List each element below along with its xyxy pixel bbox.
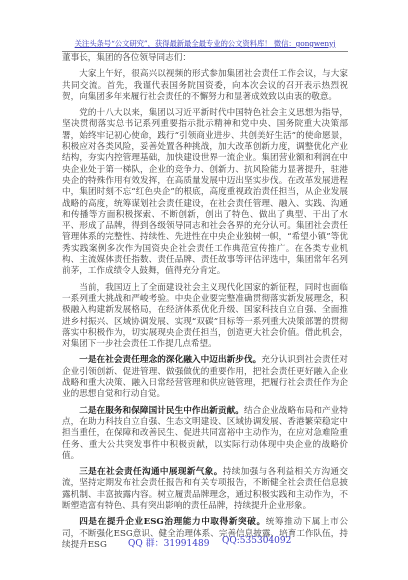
qq-number: QQ:535304092 [222,536,291,546]
document-body: 董事长，集团的各位领导同志们： 大家上午好，很高兴以视频的形式参加集团社会责任工… [62,53,348,556]
paragraph-achievements: 党的十八大以来，集团以习近平新时代中国特色社会主义思想为指导，坚决贯彻落实总书记… [62,108,348,277]
qq-group-number: QQ 群：31991489 [128,536,209,549]
hope-1-heading: 一是在社会责任理念的深化融入中迈出新步伐。 [79,355,261,365]
paragraph-hope-1: 一是在社会责任理念的深化融入中迈出新步伐。充分认识到社会责任对企业引领创新、促进… [62,355,348,400]
hope-4-heading: 四是在提升企业ESG治理能力中取得新突破。 [79,517,266,527]
hope-3-heading: 三是在社会责任沟通中展现新气象。 [79,467,223,477]
salutation: 董事长，集团的各位领导同志们： [62,53,348,64]
paragraph-hope-3: 三是在社会责任沟通中展现新气象。持续加强与各利益相关方沟通交流，坚持定期发布社会… [62,467,348,512]
hope-2-heading: 二是在服务和保障国计民生中作出新贡献。 [79,406,244,416]
promo-banner-text[interactable]: 关注头条号“公文研究”，获得最新最全最专业的公文资料库！ 微信：gongweny… [75,39,336,48]
paragraph-hope-2: 二是在服务和保障国计民生中作出新贡献。结合企业战略布局和产业特点，在助力科技自立… [62,406,348,462]
paragraph-current-situation: 当前，我国迈上了全面建设社会主义现代化国家的新征程，同时也面临一系列重大挑战和严… [62,283,348,351]
paragraph-greeting: 大家上午好，很高兴以视频的形式参加集团社会责任工作会议，与大家共同交流。首先，我… [62,69,348,103]
promo-banner: 关注头条号“公文研究”，获得最新最全最专业的公文资料库！ 微信：gongweny… [62,31,348,52]
